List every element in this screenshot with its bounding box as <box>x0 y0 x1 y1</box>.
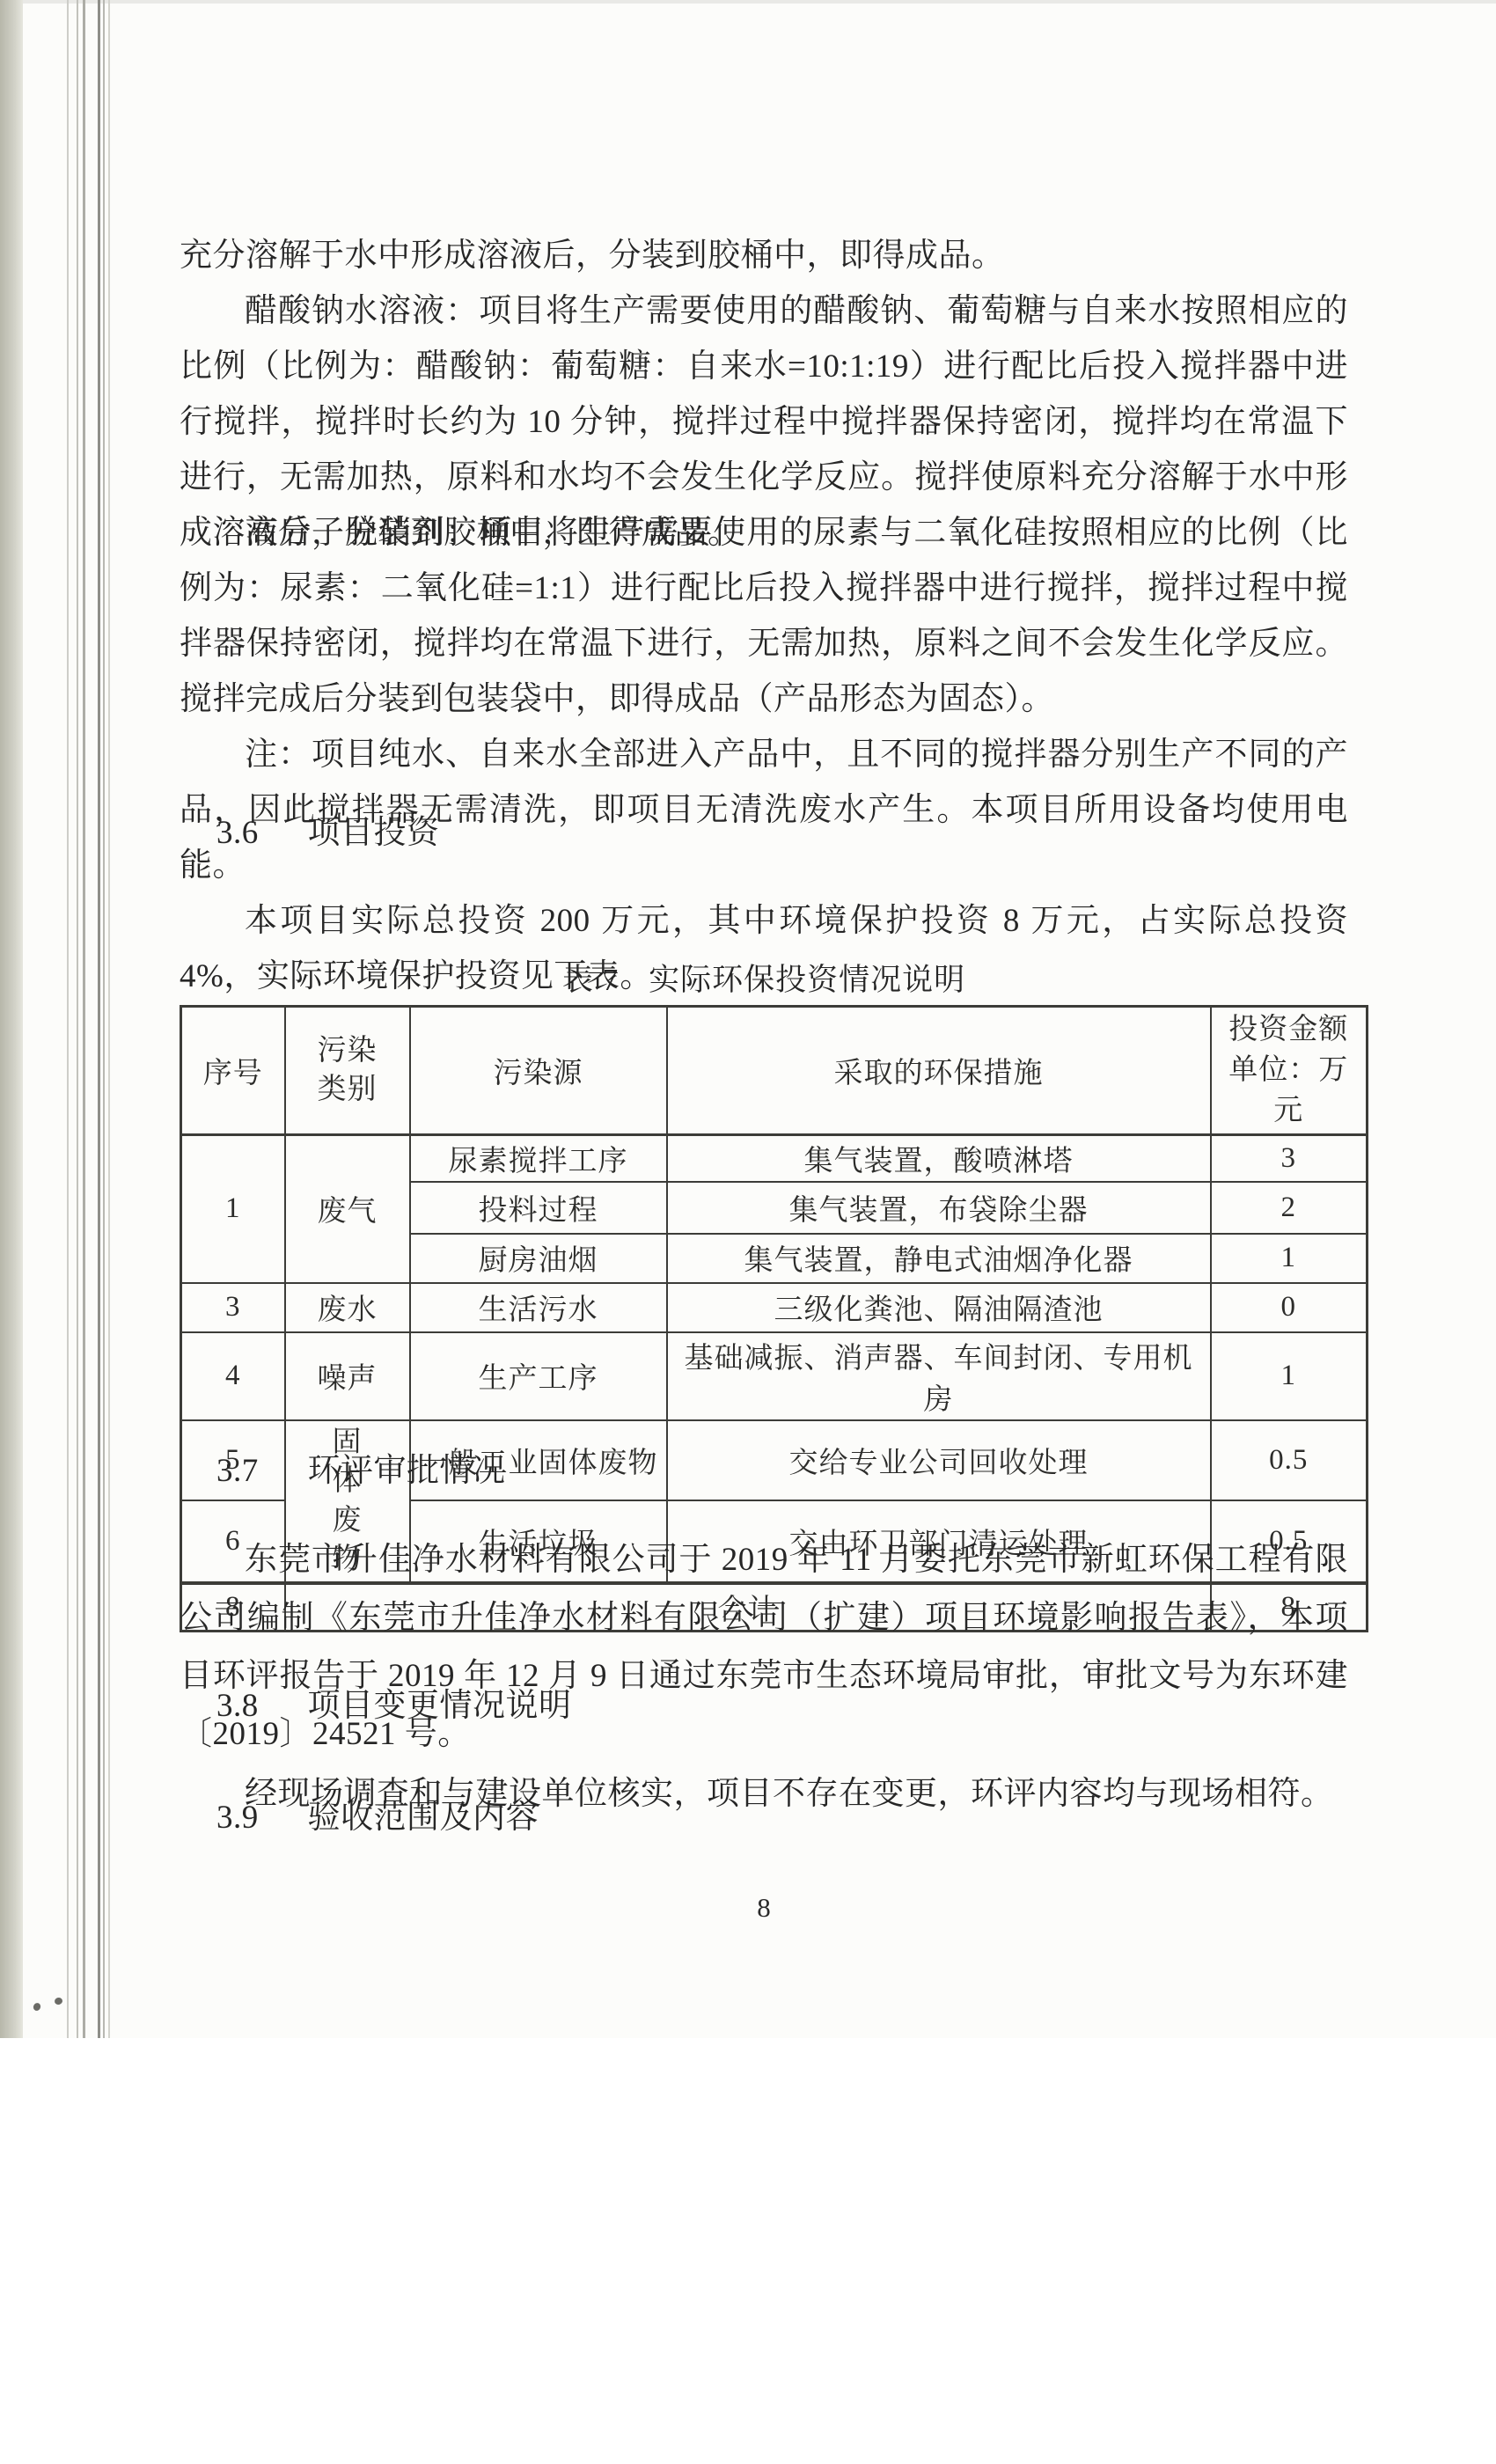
cell-category: 废水 <box>285 1283 410 1332</box>
section-title: 项目投资 <box>308 805 440 861</box>
col-header-index: 序号 <box>181 1007 285 1135</box>
cell-amount: 2 <box>1211 1182 1368 1234</box>
cell-measures: 三级化粪池、隔油隔渣池 <box>667 1283 1211 1332</box>
section-number: 3.8 <box>216 1678 259 1734</box>
cell-measures: 集气装置，酸喷淋塔 <box>667 1134 1211 1182</box>
col-header-measures: 采取的环保措施 <box>667 1007 1211 1135</box>
col-header-amount-line2: 单位：万元 <box>1217 1050 1361 1131</box>
col-header-amount-line1: 投资金额 <box>1217 1009 1361 1050</box>
cell-measures: 集气装置，布袋除尘器 <box>667 1182 1211 1234</box>
scan-speck <box>54 1997 63 2006</box>
scanned-document-page: 充分溶解于水中形成溶液后，分装到胶桶中，即得成品。 醋酸钠水溶液：项目将生产需要… <box>0 0 1496 2464</box>
section-heading-3-7: 3.7 环评审批情况 <box>180 1443 1348 1499</box>
table-caption-label: 表 7 <box>562 963 619 997</box>
section-heading-3-6: 3.6 项目投资 <box>180 805 1348 861</box>
section-number: 3.9 <box>216 1790 259 1845</box>
page-number: 8 <box>180 1892 1348 1924</box>
col-header-category: 污染类别 <box>285 1007 410 1135</box>
cell-category: 废气 <box>285 1134 410 1283</box>
cell-index: 1 <box>181 1134 285 1283</box>
cell-amount: 1 <box>1211 1332 1368 1420</box>
col-header-amount: 投资金额 单位：万元 <box>1211 1007 1368 1135</box>
cell-measures: 集气装置，静电式油烟净化器 <box>667 1234 1211 1283</box>
section-title: 验收范围及内容 <box>308 1790 539 1845</box>
table-caption: 表 7实际环保投资情况说明 <box>180 957 1348 1003</box>
page-edge-line <box>77 0 78 2038</box>
cell-source: 投料过程 <box>410 1182 667 1234</box>
section-number: 3.7 <box>216 1443 259 1499</box>
scan-left-edge-strip <box>0 0 23 2038</box>
page-edge-line <box>98 0 100 2038</box>
col-header-category-label: 污染类别 <box>304 1031 391 1110</box>
cell-amount: 0 <box>1211 1283 1368 1332</box>
cell-source: 尿素搅拌工序 <box>410 1134 667 1182</box>
section-heading-3-9: 3.9 验收范围及内容 <box>180 1790 1348 1845</box>
section-title: 环评审批情况 <box>308 1443 506 1499</box>
section-title: 项目变更情况说明 <box>308 1678 572 1734</box>
page-content: 充分溶解于水中形成溶液后，分装到胶桶中，即得成品。 醋酸钠水溶液：项目将生产需要… <box>180 0 1348 2038</box>
cell-index: 3 <box>181 1283 285 1332</box>
section-number: 3.6 <box>216 805 259 861</box>
section-heading-3-8: 3.8 项目变更情况说明 <box>180 1678 1348 1734</box>
page-edge-line <box>103 0 105 2038</box>
table-row: 4 噪声 生产工序 基础减振、消声器、车间封闭、专用机房 1 <box>181 1332 1368 1420</box>
cell-measures: 基础减振、消声器、车间封闭、专用机房 <box>667 1332 1211 1420</box>
col-header-source: 污染源 <box>410 1007 667 1135</box>
cell-index: 4 <box>181 1332 285 1420</box>
cell-source: 生活污水 <box>410 1283 667 1332</box>
table-header-row: 序号 污染类别 污染源 采取的环保措施 投资金额 单位：万元 <box>181 1007 1368 1135</box>
page-edge-line <box>67 0 69 2038</box>
page-edge-line <box>83 0 85 2038</box>
cell-source: 生产工序 <box>410 1332 667 1420</box>
scan-speck <box>32 2002 41 2013</box>
cell-source: 厨房油烟 <box>410 1234 667 1283</box>
page-edge-line <box>108 0 110 2038</box>
cell-amount: 1 <box>1211 1234 1368 1283</box>
paragraph-denitration-agent: 高分子脱硝剂：项目将生产需要使用的尿素与二氧化硅按照相应的比例（比例为：尿素：二… <box>180 505 1348 727</box>
cell-amount: 3 <box>1211 1134 1368 1182</box>
table-row: 1 废气 尿素搅拌工序 集气装置，酸喷淋塔 3 <box>181 1134 1368 1182</box>
cell-category: 噪声 <box>285 1332 410 1420</box>
paragraph-continuation: 充分溶解于水中形成溶液后，分装到胶桶中，即得成品。 <box>180 228 1348 283</box>
table-caption-title: 实际环保投资情况说明 <box>649 963 965 997</box>
table-row: 3 废水 生活污水 三级化粪池、隔油隔渣池 0 <box>181 1283 1368 1332</box>
scan-page-surface: 充分溶解于水中形成溶液后，分装到胶桶中，即得成品。 醋酸钠水溶液：项目将生产需要… <box>0 0 1496 2038</box>
